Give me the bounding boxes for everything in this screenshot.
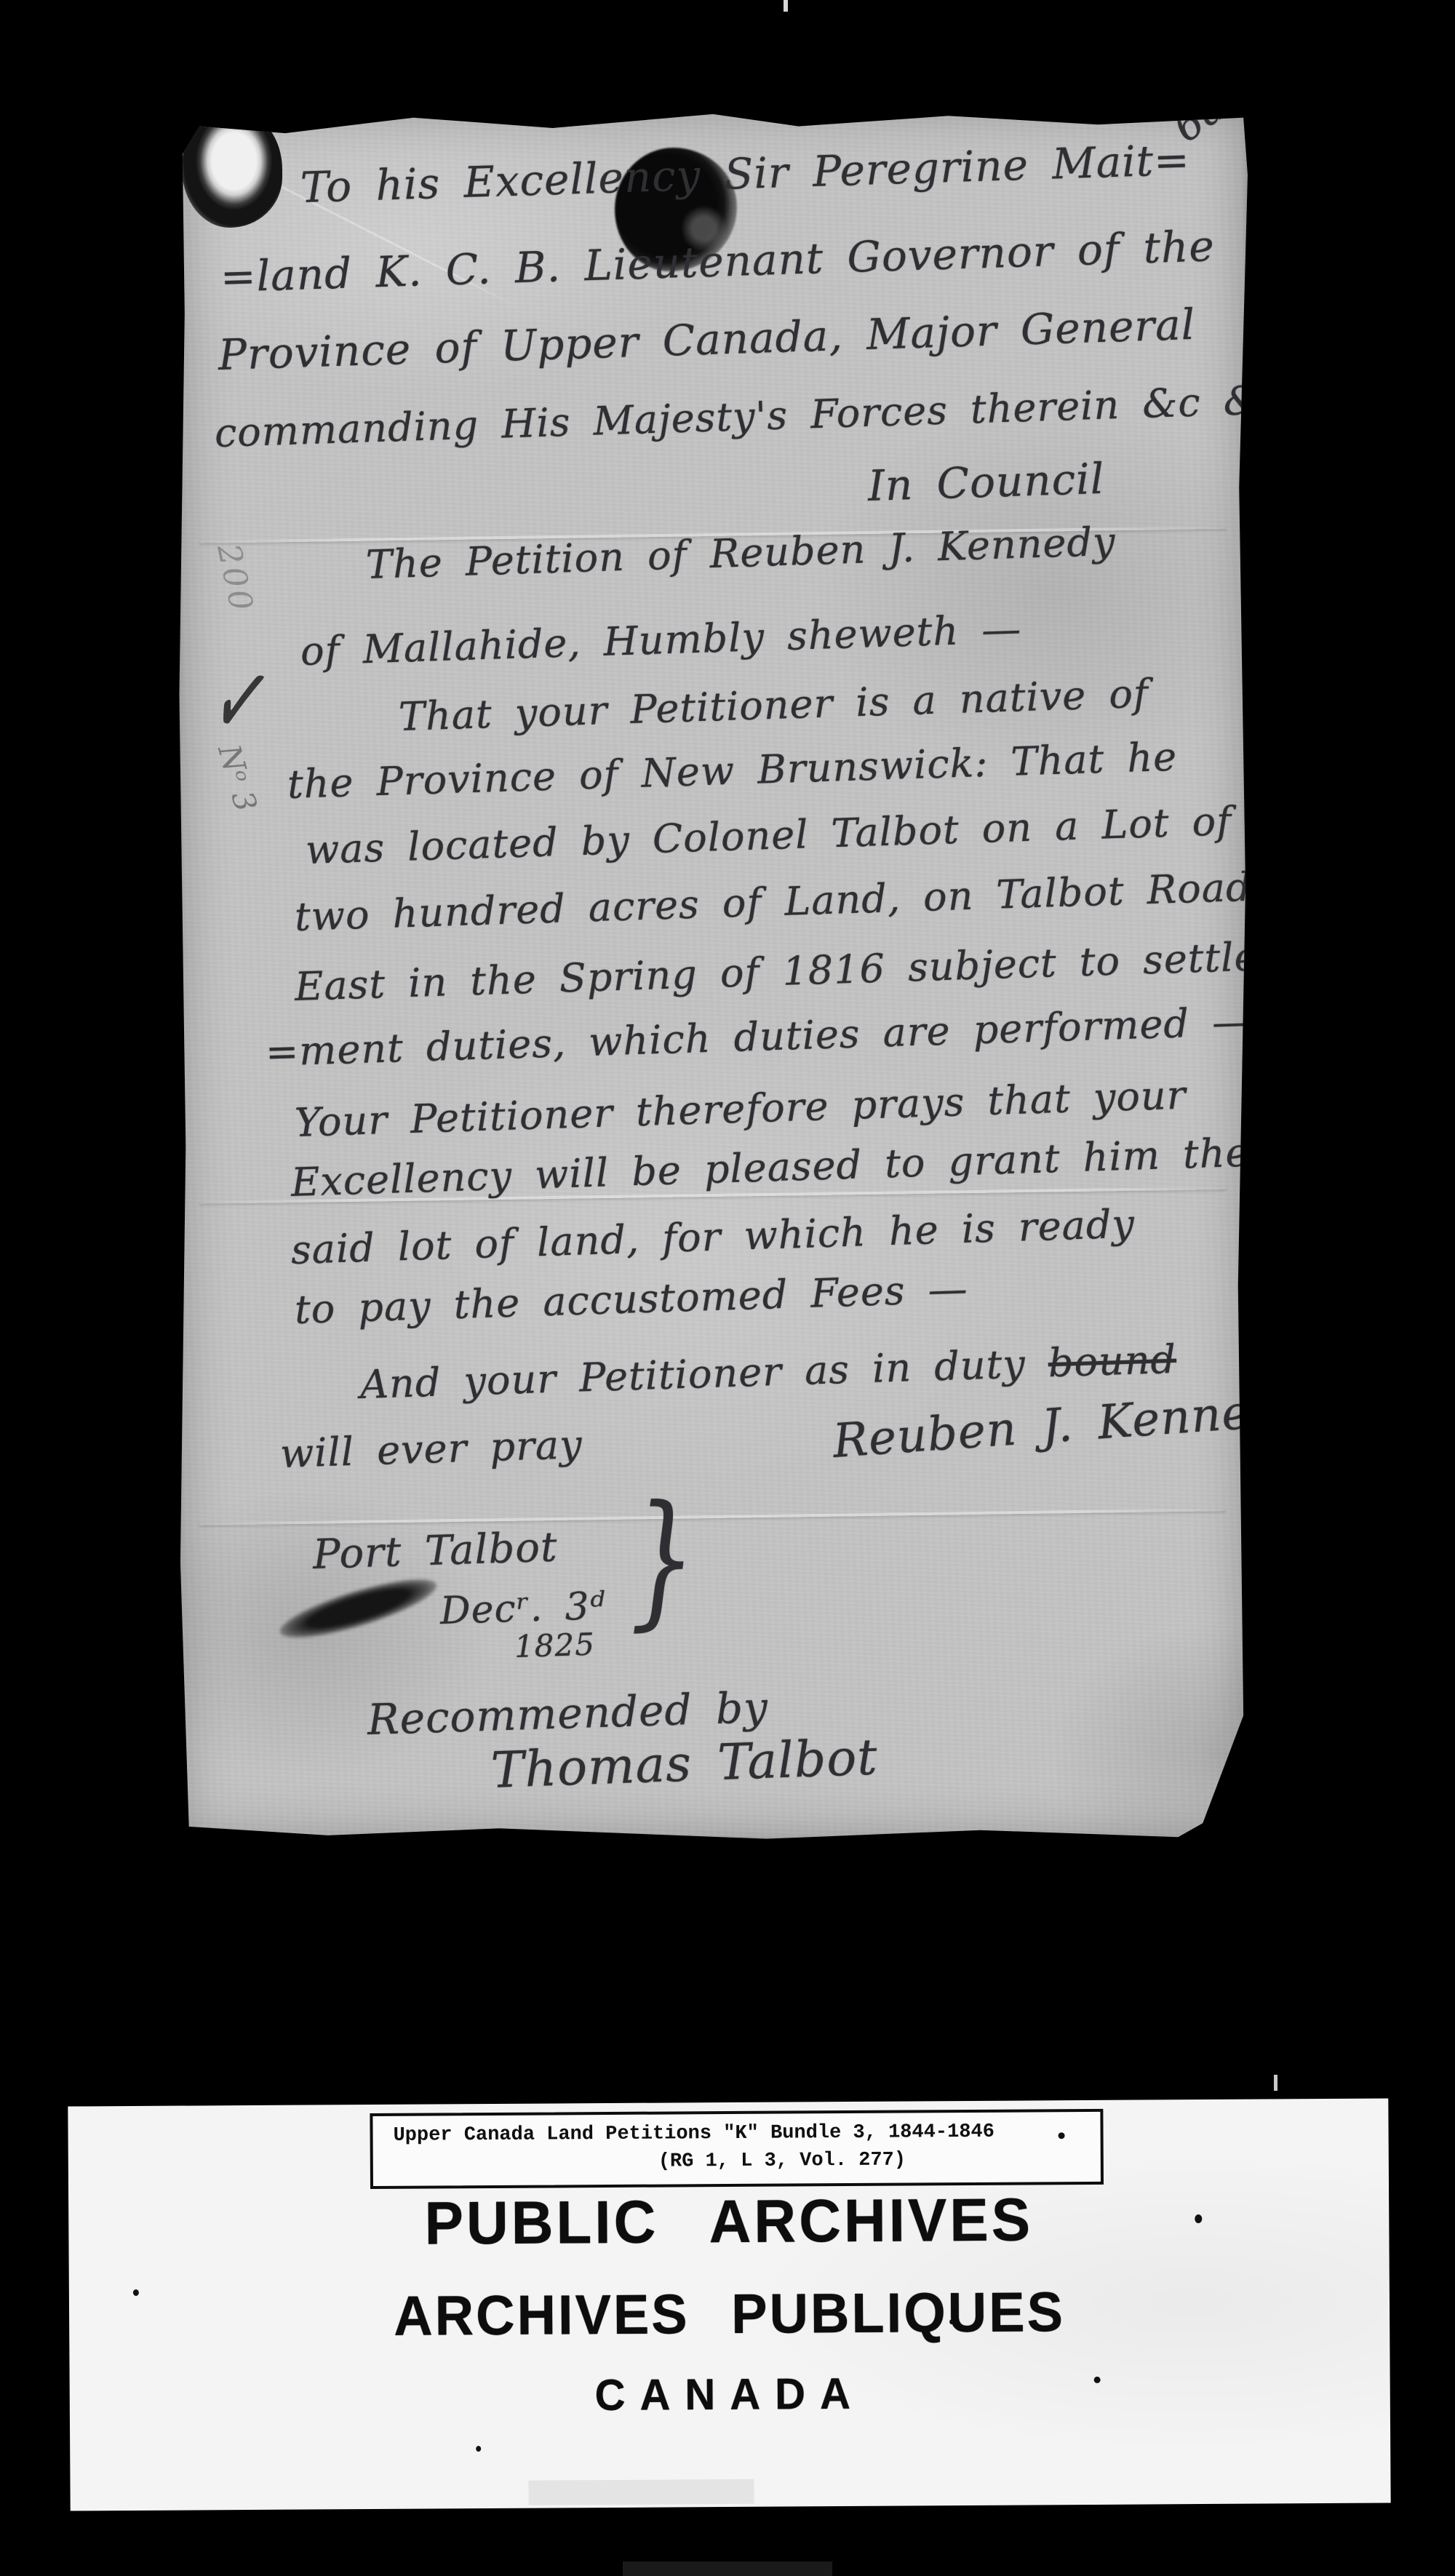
manuscript-line-text: And your Petitioner as in duty	[359, 1341, 1027, 1408]
stamp-title-en: PUBLIC ARCHIVES	[68, 2183, 1390, 2261]
scan-artifact-top	[784, 0, 788, 12]
dust-speck	[1094, 2377, 1101, 2383]
manuscript-line: said lot of land, for which he is ready	[290, 1201, 1136, 1273]
manuscript-line: the Province of New Brunswick: That he	[287, 734, 1178, 808]
dust-speck	[1195, 2214, 1202, 2223]
manuscript-line: will ever pray	[279, 1421, 583, 1477]
manuscript-line: The Petition of Reuben J. Kennedy	[365, 519, 1116, 588]
manuscript-line: of Mallahide, Humbly sheweth —	[300, 606, 1022, 674]
dust-speck	[476, 2446, 481, 2452]
manuscript-line: And your Petitioner as in duty bound	[359, 1336, 1177, 1408]
petition-paper: 6a To his Excellency Sir Peregrine Mait=…	[178, 105, 1248, 1841]
struck-word: bound	[1048, 1336, 1177, 1387]
manuscript-line: two hundred acres of Land, on Talbot Roa…	[294, 864, 1252, 940]
dust-speck	[133, 2289, 139, 2296]
recommender-signature: Thomas Talbot	[490, 1728, 879, 1800]
manuscript-line: was located by Colonel Talbot on a Lot o…	[305, 798, 1232, 873]
manuscript-line-in-council: In Council	[867, 454, 1105, 511]
ink-smear	[275, 1568, 442, 1649]
manuscript-line: East in the Spring of 1816 subject to se…	[294, 933, 1259, 1010]
scanned-page: 6a To his Excellency Sir Peregrine Mait=…	[0, 0, 1455, 2576]
stamp-title-fr: ARCHIVES PUBLIQUES	[69, 2278, 1390, 2350]
manuscript-line: to pay the accustomed Fees —	[294, 1266, 969, 1333]
manuscript-line: To his Excellency Sir Peregrine Mait=	[300, 135, 1191, 212]
margin-note-top: 200	[210, 541, 260, 616]
dateline-brace: }	[629, 1497, 697, 1622]
scan-artifact-gray-tab	[528, 2479, 754, 2505]
dust-speck	[949, 2319, 954, 2324]
archive-label-line1: Upper Canada Land Petitions "K" Bundle 3…	[393, 2121, 994, 2147]
manuscript-line: Province of Upper Canada, Major General	[218, 300, 1196, 380]
manuscript-line: =ment duties, which duties are performed…	[265, 998, 1253, 1075]
fold-crease	[199, 1508, 1226, 1526]
stamp-country: CANADA	[70, 2365, 1390, 2424]
dateline-date: Decʳ. 3ᵈ	[439, 1584, 606, 1633]
archive-label-box: Upper Canada Land Petitions "K" Bundle 3…	[370, 2109, 1104, 2189]
seal-hole	[182, 113, 282, 228]
petitioner-signature: Reuben J. Kennedy	[831, 1382, 1309, 1469]
scan-artifact-band-top	[1274, 2075, 1277, 2091]
dateline-year: 1825	[514, 1627, 595, 1664]
manuscript-line: Your Petitioner therefore prays that you…	[294, 1072, 1187, 1146]
dateline-place: Port Talbot	[312, 1523, 558, 1579]
manuscript-line: That your Petitioner is a native of	[398, 671, 1149, 740]
label-dot	[1059, 2132, 1065, 2139]
scan-artifact-bottom	[623, 2561, 832, 2576]
manuscript-line: commanding His Majesty's Forces therein …	[214, 377, 1283, 456]
archive-footer-band: Upper Canada Land Petitions "K" Bundle 3…	[68, 2098, 1390, 2511]
archive-label-line2: (RG 1, L 3, Vol. 277)	[658, 2150, 906, 2173]
